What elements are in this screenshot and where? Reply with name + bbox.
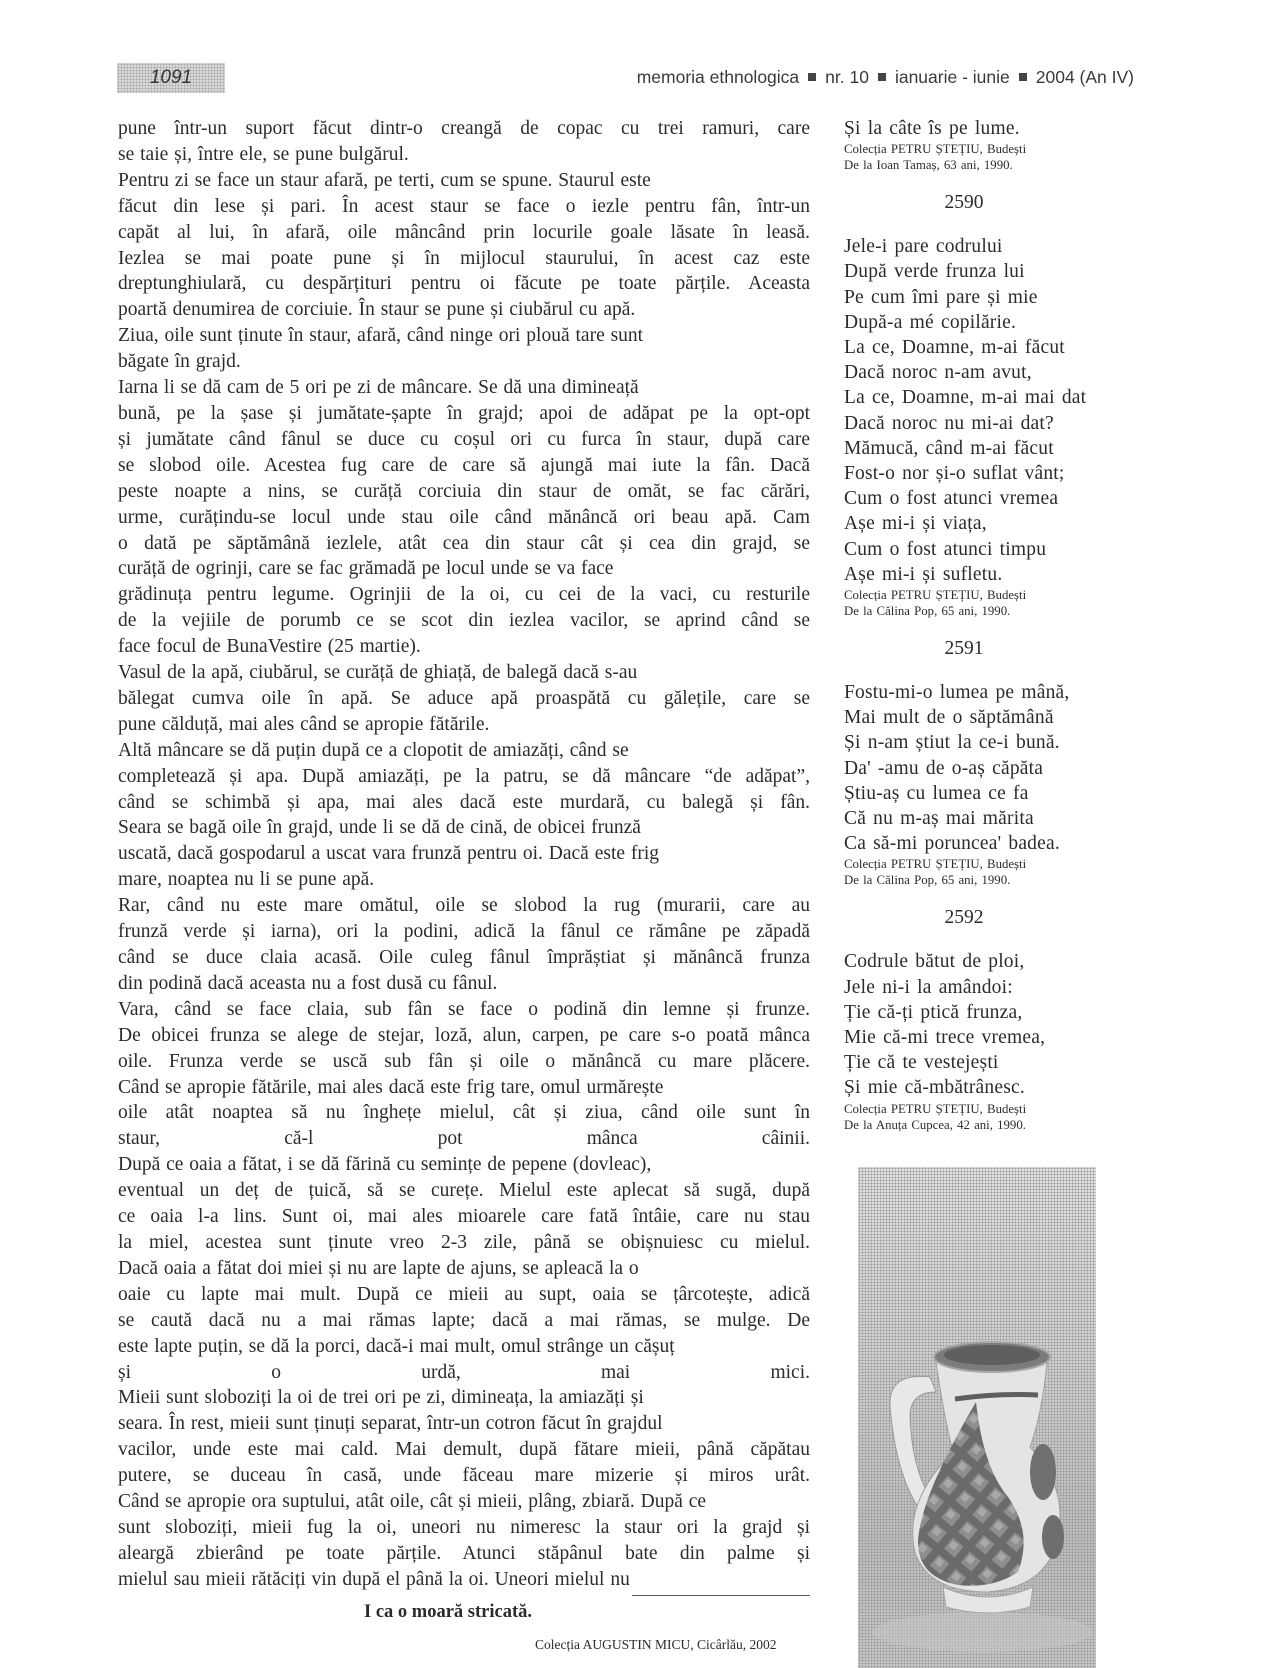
verse-line: La ce, Doamne, m-ai făcut <box>844 335 1104 360</box>
text-line: Seara se bagă oile în grajd, unde li se … <box>118 815 810 841</box>
verse-line: Da' -amu de o-aș căpăta <box>844 756 1104 781</box>
text-line: urme, curățindu-se locul unde stau oile … <box>118 505 810 531</box>
text-line: grădinuța pentru legume. Ogrinjii de la … <box>118 582 810 608</box>
text-line: peste noapte a nins, se curăță corciuia … <box>118 479 810 505</box>
text-line: mare, noaptea nu li se pune apă. <box>118 867 810 893</box>
text-line: mielul sau mieii rătăciți vin după el pâ… <box>118 1567 810 1593</box>
ceramic-jug-icon <box>858 1167 1096 1668</box>
text-line: de la vejiile de porumb ce se scot din i… <box>118 608 810 634</box>
verse-line: Fostu-mi-o lumea pe mână, <box>844 680 1104 705</box>
text-line: se taie și, între ele, se pune bulgărul. <box>118 142 810 168</box>
journal-title: memoria ethnologica <box>637 67 799 87</box>
issue-number: nr. 10 <box>825 67 869 87</box>
poem-credit-source: De la Ioan Tamaș, 63 ani, 1990. <box>844 157 1104 173</box>
poem-list: 2590Jele-i pare codruluiDupă verde frunz… <box>844 192 1104 1132</box>
text-line: Dacă oaia a fătat doi miei și nu are lap… <box>118 1256 810 1282</box>
text-line: Rar, când nu este mare omătul, oile se s… <box>118 893 810 919</box>
text-line: o dată pe săptămână iezlele, atât cea di… <box>118 531 810 557</box>
text-line: uscată, dacă gospodarul a uscat vara fru… <box>118 841 810 867</box>
text-line: bălegat cumva oile în apă. Se aduce apă … <box>118 686 810 712</box>
text-line: Pentru zi se face un staur afară, pe ter… <box>118 168 810 194</box>
text-line: Vasul de la apă, ciubărul, se curăță de … <box>118 660 810 686</box>
verse-line: Cum o fost atunci vremea <box>844 486 1104 511</box>
jug-photo <box>858 1167 1096 1668</box>
poem-fragment: Și la câte îs pe lume. Colecția PETRU ȘT… <box>844 116 1104 173</box>
text-line: ce oaia l-a lins. Sunt oi, mai ales mioa… <box>118 1204 810 1230</box>
issue-year: 2004 (An IV) <box>1036 67 1134 87</box>
verse-line: Fost-o nor și-o suflat vânt; <box>844 461 1104 486</box>
verse-line: Știu-aș cu lumea ce fa <box>844 781 1104 806</box>
text-line: și jumătate când fânul se duce cu coșul … <box>118 427 810 453</box>
text-line: pune călduță, mai ales când se apropie f… <box>118 712 810 738</box>
square-bullet-icon <box>878 73 886 81</box>
text-line: Altă mâncare se dă puțin după ce a clopo… <box>118 738 810 764</box>
text-line: Când se apropie fătările, mai ales dacă … <box>118 1075 810 1101</box>
poem-number: 2591 <box>844 638 1084 660</box>
text-line: Iarna li se dă cam de 5 ori pe zi de mân… <box>118 375 810 401</box>
verse-line: După-a mé copilărie. <box>844 310 1104 335</box>
text-line: De obicei frunza se alege de stejar, loz… <box>118 1023 810 1049</box>
text-line: este lapte puțin, se dă la porci, dacă-i… <box>118 1334 810 1360</box>
text-line: Iezlea se mai poate pune și în mijlocul … <box>118 246 810 272</box>
continuation-line: I ca o moară stricată. <box>118 1602 778 1623</box>
text-line: oaie cu lapte mai mult. După ce mieii au… <box>118 1282 810 1308</box>
text-line: Când se apropie ora suptului, atât oile,… <box>118 1489 810 1515</box>
text-line: se slobod oile. Acestea fug care de care… <box>118 453 810 479</box>
text-line: Vara, când se face claia, sub fân se fac… <box>118 997 810 1023</box>
verse-line: Jele-i pare codrului <box>844 234 1104 259</box>
poem-credit-source: De la Călina Pop, 65 ani, 1990. <box>844 603 1104 619</box>
text-line: făcut din lese și pari. În acest staur s… <box>118 194 810 220</box>
text-line: când se duce claia acasă. Oile culeg fân… <box>118 945 810 971</box>
poem-credit-source: De la Călina Pop, 65 ani, 1990. <box>844 872 1104 888</box>
verse-line: Jele ni-i la amândoi: <box>844 975 1104 1000</box>
poem-credit-source: De la Anuța Cupcea, 42 ani, 1990. <box>844 1117 1104 1133</box>
verse-line: Că nu m-aș mai mărita <box>844 806 1104 831</box>
main-text-column: pune într-un suport făcut dintr-o creang… <box>118 116 810 1593</box>
poems-column: Și la câte îs pe lume. Colecția PETRU ȘT… <box>844 116 1104 1133</box>
text-line: sunt sloboziți, mieii fug la oi, uneori … <box>118 1515 810 1541</box>
poem-credit-collection: Colecția PETRU ȘTEȚIU, Budești <box>844 856 1104 872</box>
text-line: pune într-un suport făcut dintr-o creang… <box>118 116 810 142</box>
verse-line: Cum o fost atunci timpu <box>844 537 1104 562</box>
verse-line: Dacă noroc nu mi-ai dat? <box>844 411 1104 436</box>
text-line: frunză verde și iarna), ori la podini, a… <box>118 919 810 945</box>
text-line: seara. În rest, mieii sunt ținuți separa… <box>118 1411 810 1437</box>
collection-credit: Colecția AUGUSTIN MICU, Cicârlău, 2002 <box>535 1637 776 1653</box>
verse-line: Ție că te vestejești <box>844 1050 1104 1075</box>
text-line: vacilor, unde este mai cald. Mai demult,… <box>118 1437 810 1463</box>
verse-line: Mai mult de o săptămână <box>844 705 1104 730</box>
text-line: aleargă zbierând pe toate părțile. Atunc… <box>118 1541 810 1567</box>
verse-line: Așe mi-i și viața, <box>844 511 1104 536</box>
text-line: După ce oaia a fătat, i se dă fărină cu … <box>118 1152 810 1178</box>
verse-line: Și mie că-mbătrânesc. <box>844 1075 1104 1100</box>
page-number: 1091 <box>117 63 225 93</box>
poem-number: 2590 <box>844 192 1084 214</box>
verse-line: Codrule bătut de ploi, <box>844 949 1104 974</box>
text-line: la miel, acestea sunt ținute vreo 2-3 zi… <box>118 1230 810 1256</box>
text-line: dreptunghiulară, cu despărțituri pentru … <box>118 271 810 297</box>
verse-line: După verde frunza lui <box>844 259 1104 284</box>
verse-line: Și la câte îs pe lume. <box>844 116 1104 141</box>
text-line: completează și apa. După amiazăți, pe la… <box>118 764 810 790</box>
text-line: bună, pe la șase și jumătate-șapte în gr… <box>118 401 810 427</box>
text-line: când se schimbă și apa, mai ales dacă es… <box>118 790 810 816</box>
text-line: și o urdă, mai mici. <box>118 1360 810 1386</box>
verse-line: Așe mi-i și sufletu. <box>844 562 1104 587</box>
text-line: putere, se duceau în casă, unde făceau m… <box>118 1463 810 1489</box>
running-header: memoria ethnologicanr. 10ianuarie - iuni… <box>637 64 1134 90</box>
issue-period: ianuarie - iunie <box>895 67 1010 87</box>
text-line: staur, că-l pot mânca câinii. <box>118 1126 810 1152</box>
text-line: Ziua, oile sunt ținute în staur, afară, … <box>118 323 810 349</box>
text-line: eventual un deț de țuică, să se curețe. … <box>118 1178 810 1204</box>
square-bullet-icon <box>808 73 816 81</box>
text-line: se caută dacă nu a mai rămas lapte; dacă… <box>118 1308 810 1334</box>
text-line: capăt al lui, în afară, oile mâncând pri… <box>118 220 810 246</box>
text-line: poartă denumirea de corciuie. În staur s… <box>118 297 810 323</box>
verse-line: Ție că-ți ptică frunza, <box>844 1000 1104 1025</box>
verse-line: Mămucă, când m-ai făcut <box>844 436 1104 461</box>
poem-number: 2592 <box>844 907 1084 929</box>
footnote-rule <box>632 1595 810 1596</box>
poem-credit-collection: Colecția PETRU ȘTEȚIU, Budești <box>844 141 1104 157</box>
text-line: Mieii sunt sloboziți la oi de trei ori p… <box>118 1385 810 1411</box>
text-line: băgate în grajd. <box>118 349 810 375</box>
poem: 2592Codrule bătut de ploi,Jele ni-i la a… <box>844 907 1104 1132</box>
poem: 2590Jele-i pare codruluiDupă verde frunz… <box>844 192 1104 619</box>
verse-line: Pe cum îmi pare și mie <box>844 285 1104 310</box>
verse-line: Mie că-mi trece vremea, <box>844 1025 1104 1050</box>
verse-line: Și n-am știut la ce-i bună. <box>844 730 1104 755</box>
verse-line: La ce, Doamne, m-ai mai dat <box>844 385 1104 410</box>
poem-credit-collection: Colecția PETRU ȘTEȚIU, Budești <box>844 1101 1104 1117</box>
square-bullet-icon <box>1019 73 1027 81</box>
text-line: curăță de ogrinji, care se fac grămadă p… <box>118 556 810 582</box>
poem-credit-collection: Colecția PETRU ȘTEȚIU, Budești <box>844 587 1104 603</box>
verse-line: Dacă noroc n-am avut, <box>844 360 1104 385</box>
poem: 2591Fostu-mi-o lumea pe mână,Mai mult de… <box>844 638 1104 888</box>
text-line: oile atât noaptea să nu înghețe mielul, … <box>118 1100 810 1126</box>
verse-line: Ca să-mi poruncea' badea. <box>844 831 1104 856</box>
text-line: face focul de BunaVestire (25 martie). <box>118 634 810 660</box>
text-line: din podină dacă aceasta nu a fost dusă c… <box>118 971 810 997</box>
text-line: oile. Frunza verde se uscă sub fân și oi… <box>118 1049 810 1075</box>
